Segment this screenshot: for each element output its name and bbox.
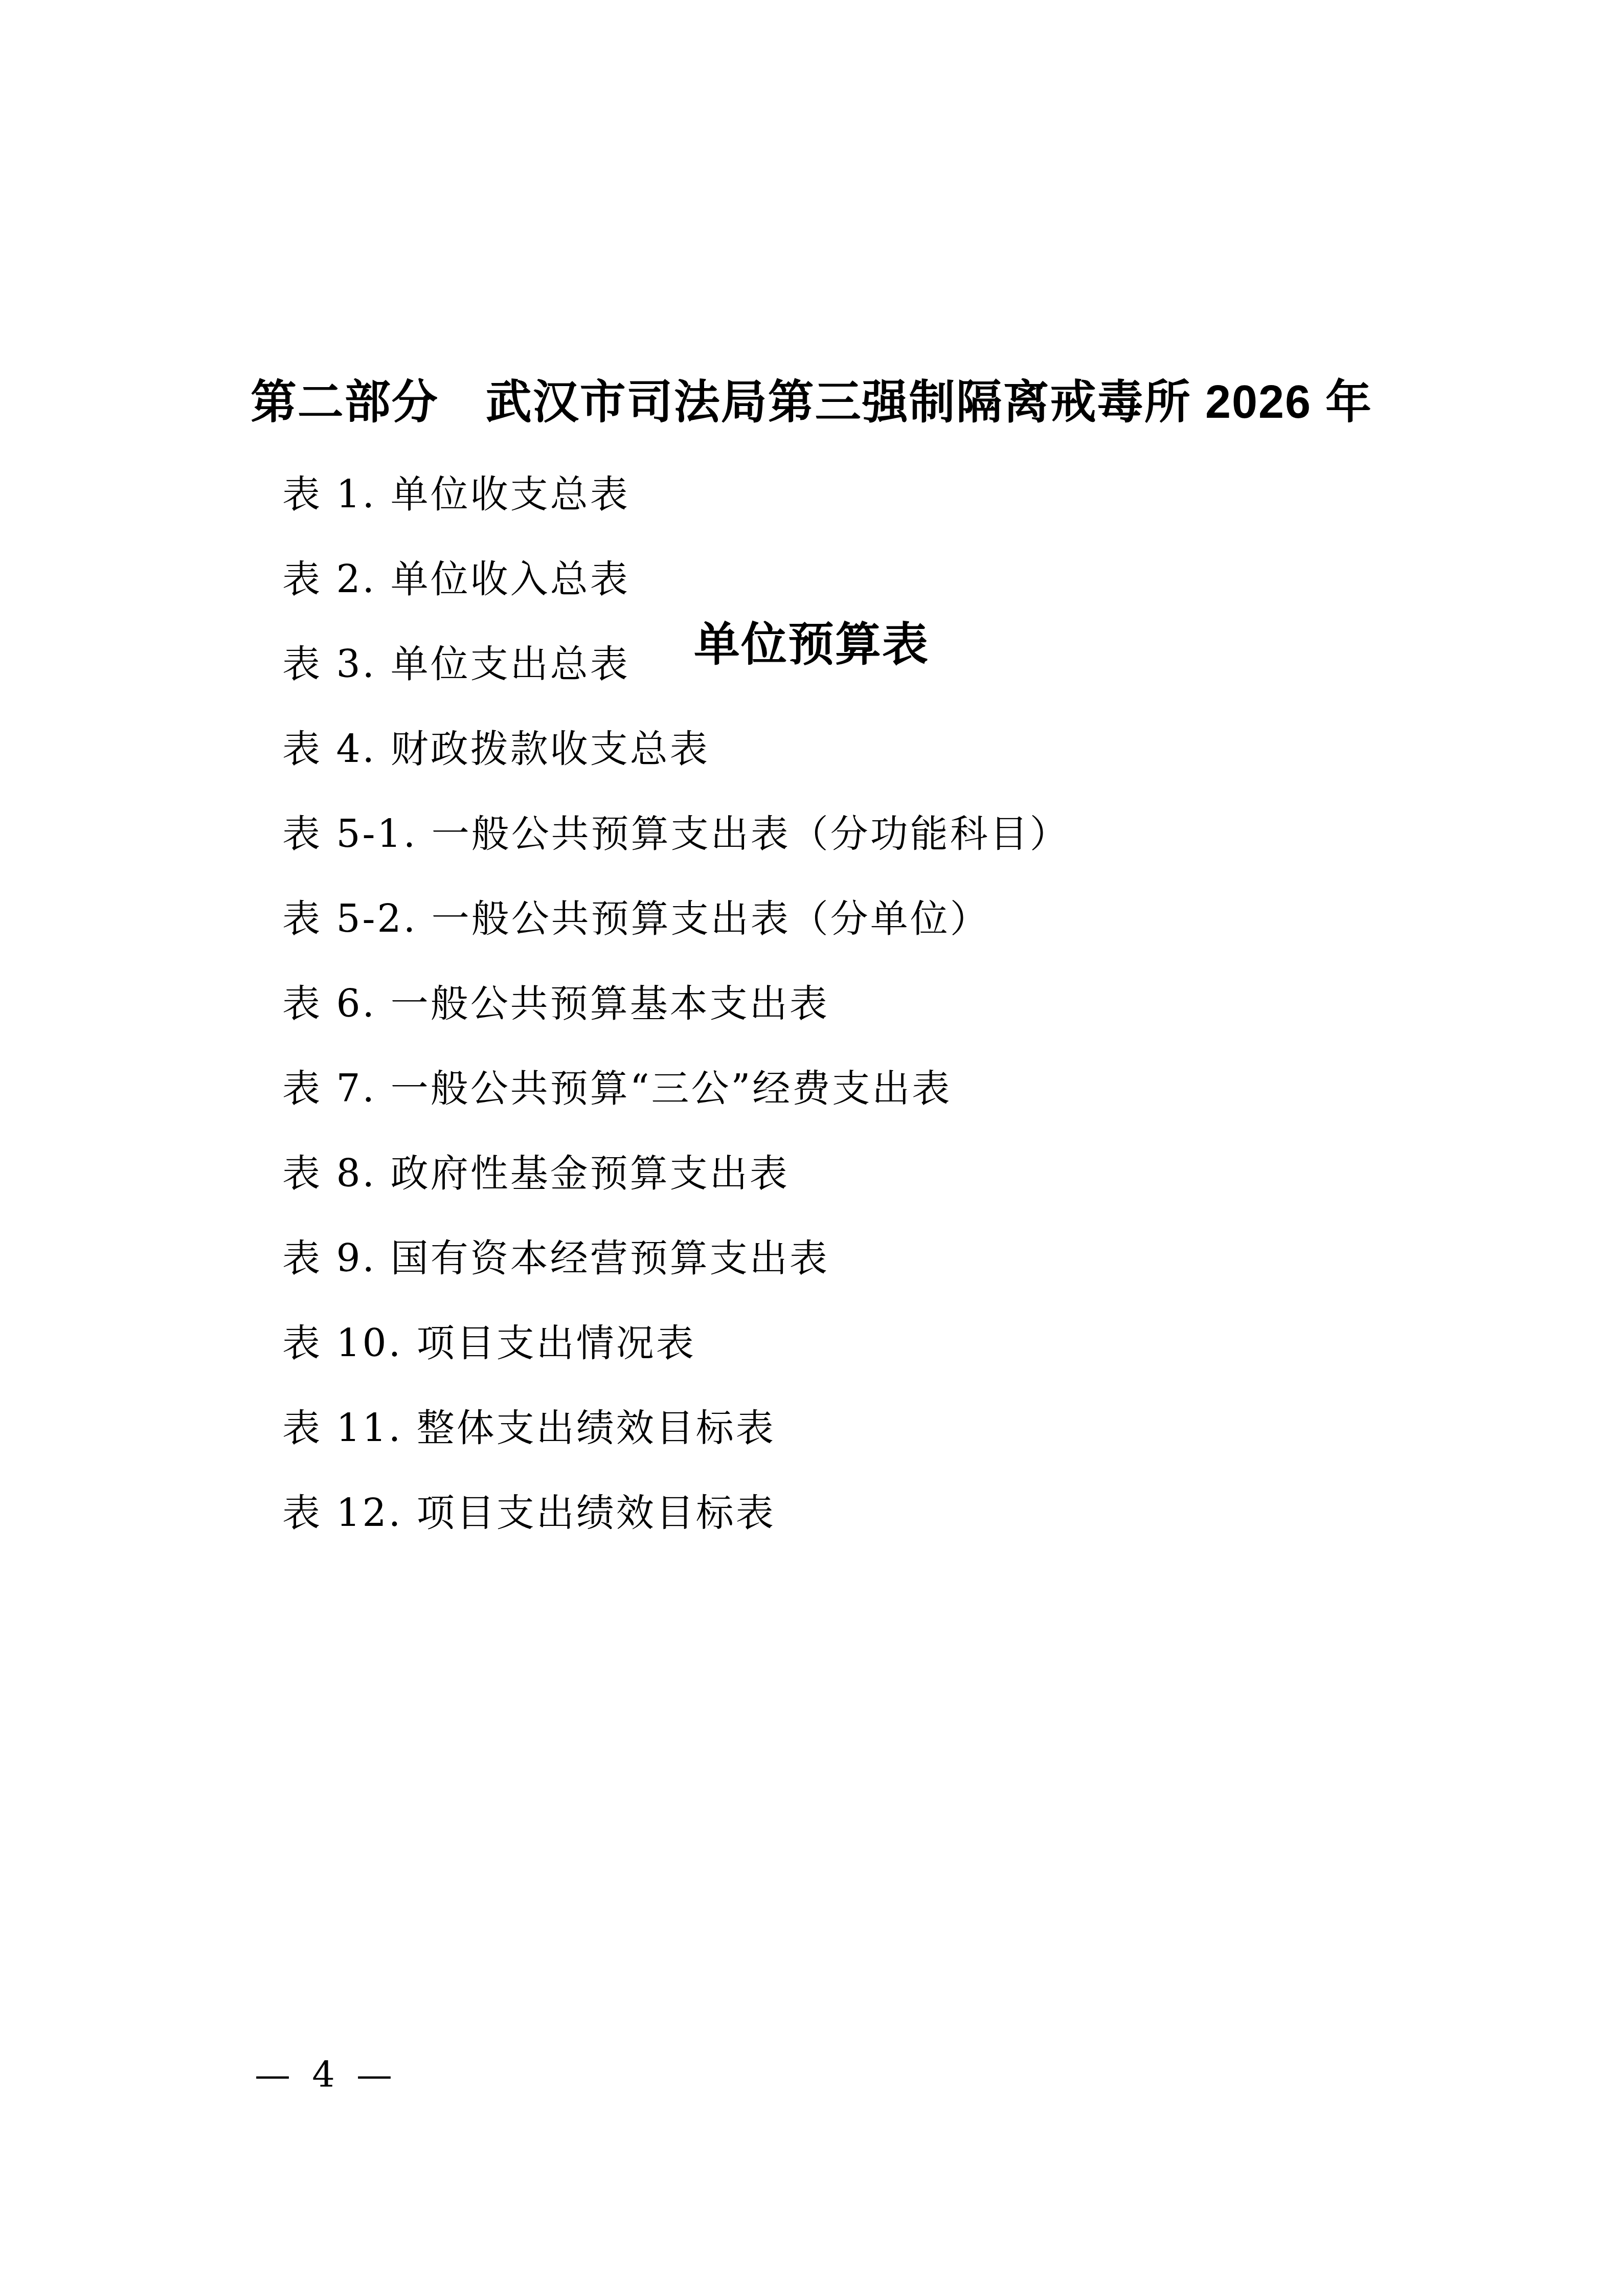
budget-table-list: 表 1. 单位收支总表 表 2. 单位收入总表 表 3. 单位支出总表 表 4.… — [282, 449, 1521, 1552]
document-page: 第二部分 武汉市司法局第三强制隔离戒毒所 2026 年 单位预算表 表 1. 单… — [0, 0, 1623, 2296]
table-list-item: 表 2. 单位收入总表 — [282, 534, 1521, 619]
table-list-item: 表 1. 单位收支总表 — [282, 449, 1521, 534]
table-list-item: 表 7. 一般公共预算“三公”经费支出表 — [282, 1043, 1521, 1128]
page-number: — 4 — — [255, 2057, 397, 2092]
table-list-item: 表 5-1. 一般公共预算支出表（分功能科目） — [282, 789, 1521, 873]
table-list-item: 表 5-2. 一般公共预算支出表（分单位） — [282, 873, 1521, 958]
table-list-item: 表 11. 整体支出绩效目标表 — [282, 1383, 1521, 1468]
table-list-item: 表 4. 财政拨款收支总表 — [282, 704, 1521, 789]
table-list-item: 表 3. 单位支出总表 — [282, 619, 1521, 704]
table-list-item: 表 8. 政府性基金预算支出表 — [282, 1128, 1521, 1213]
table-list-item: 表 9. 国有资本经营预算支出表 — [282, 1213, 1521, 1298]
page-title-line-1: 第二部分 武汉市司法局第三强制隔离戒毒所 2026 年 — [0, 362, 1623, 443]
table-list-item: 表 6. 一般公共预算基本支出表 — [282, 958, 1521, 1043]
table-list-item: 表 12. 项目支出绩效目标表 — [282, 1468, 1521, 1552]
table-list-item: 表 10. 项目支出情况表 — [282, 1298, 1521, 1383]
